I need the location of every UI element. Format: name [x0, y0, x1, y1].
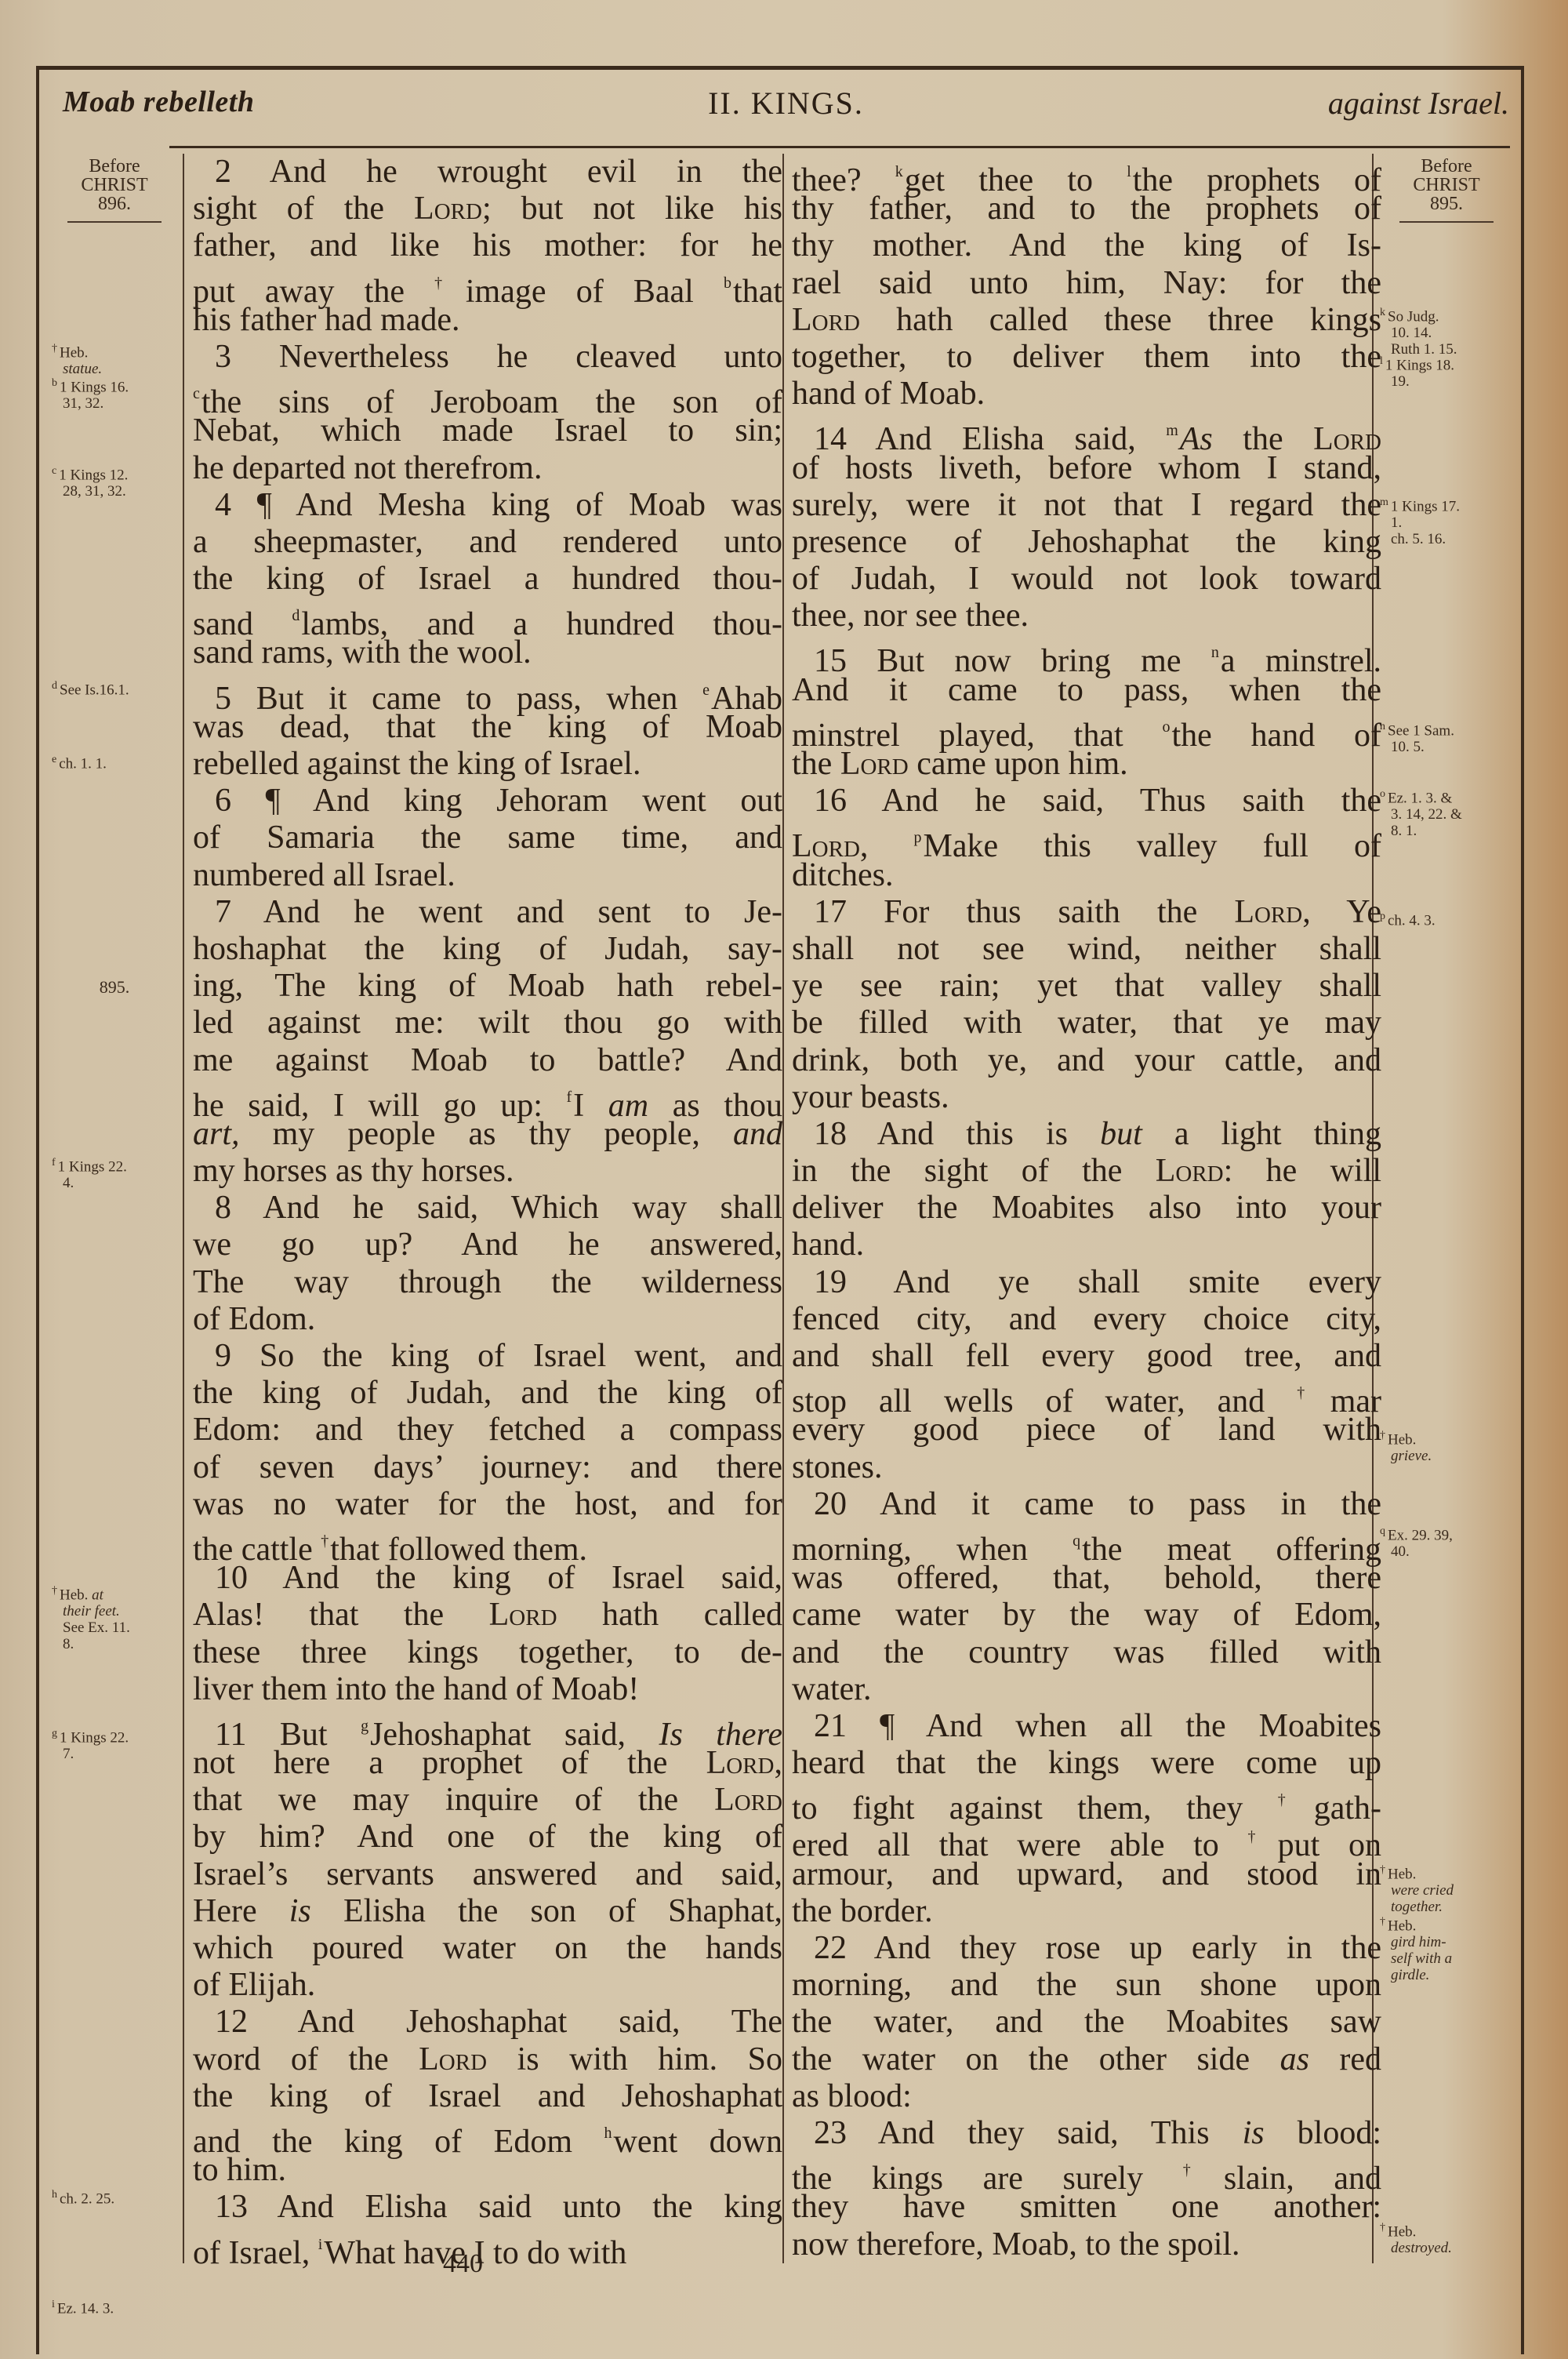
text-line: thy mother. And the king of Is- [792, 227, 1381, 264]
text-line: 18 And this is but a light thing [792, 1116, 1381, 1153]
text-line: minstrel played, that othe hand of [792, 709, 1381, 746]
text-line: a sheepmaster, and rendered unto [193, 524, 782, 561]
note-marker: d [52, 680, 57, 692]
note-line: kSo Judg. [1380, 304, 1513, 325]
reference-marker: f [566, 1089, 572, 1106]
reference-marker: † [1247, 1828, 1276, 1845]
text-line: armour, and upward, and stood in [792, 1856, 1381, 1893]
note-line: their feet. [52, 1603, 177, 1619]
text-line: 2 And he wrought evil in the [193, 154, 782, 191]
text-line: thy father, and to the prophets of [792, 191, 1381, 227]
note-line: f1 Kings 22. [52, 1154, 177, 1175]
left-margin-notes: Before CHRIST 896. †Heb.statue.b1 Kings … [52, 157, 177, 2274]
note-marker: h [52, 2189, 57, 2201]
reference-marker: † [1278, 1791, 1312, 1808]
note-line: oEz. 1. 3. & [1380, 786, 1513, 806]
text-line: together, to deliver them into the [792, 339, 1381, 376]
text-line: be filled with water, that ye may [792, 1005, 1381, 1041]
text-line: 13 And Elisha said unto the king [193, 2189, 782, 2226]
text-line: the water, and the Moabites saw [792, 2004, 1381, 2041]
reference-marker: n [1211, 644, 1219, 661]
italic-text: is [289, 1893, 311, 1929]
text-line: your beasts. [792, 1079, 1381, 1116]
text-line: stop all wells of water, and †mar [792, 1375, 1381, 1412]
note-line: 31, 32. [52, 395, 177, 412]
note-line: See Ex. 11. [52, 1619, 177, 1636]
text-line: Lord, pMake this valley full of [792, 820, 1381, 856]
margin-cross-reference: †Heb.were criedtogether. [1380, 1862, 1513, 1915]
margin-cross-reference: hch. 2. 25. [52, 2186, 177, 2207]
text-line: we go up? And he answered, [193, 1227, 782, 1263]
note-marker: e [52, 754, 56, 765]
text-column-left: 2 And he wrought evil in thesight of the… [193, 154, 782, 2263]
reference-marker: l [1127, 163, 1131, 180]
reference-marker: † [434, 274, 464, 292]
divine-name: Lord [792, 302, 860, 338]
note-line: †Heb. [1380, 1427, 1513, 1448]
reference-marker: † [1297, 1384, 1328, 1401]
reference-marker: h [604, 2125, 612, 2142]
year-marker: 895. [52, 979, 177, 995]
text-line: morning, and the sun shone upon [792, 1967, 1381, 2004]
text-line: 4 ¶ And Mesha king of Moab was [193, 487, 782, 524]
reference-marker: p [913, 829, 921, 846]
note-line: 8. 1. [1380, 823, 1513, 839]
text-line: of Samaria the same time, and [193, 820, 782, 856]
italic-text: self with a [1391, 1950, 1452, 1967]
reference-marker: † [321, 1532, 328, 1550]
text-line: 20 And it came to pass in the [792, 1486, 1381, 1523]
text-line: shall not see wind, neither shall [792, 931, 1381, 968]
note-line: 10. 5. [1380, 739, 1513, 755]
note-line: b1 Kings 16. [52, 375, 177, 395]
note-line: m1 Kings 17. [1380, 494, 1513, 514]
margin-cross-reference: oEz. 1. 3. &3. 14, 22. &8. 1. [1380, 786, 1513, 839]
italic-text: girdle. [1391, 1967, 1429, 1983]
note-line: pch. 4. 3. [1380, 908, 1513, 929]
reference-marker: † [1183, 2161, 1222, 2179]
text-line: every good piece of land with [792, 1412, 1381, 1448]
text-line: the water on the other side as red [792, 2041, 1381, 2078]
text-line: 10 And the king of Israel said, [193, 1560, 782, 1597]
text-line: ered all that were able to †put on [792, 1819, 1381, 1856]
text-line: Here is Elisha the son of Shaphat, [193, 1893, 782, 1930]
text-line: of Edom. [193, 1301, 782, 1338]
text-line: Alas! that the Lord hath called [193, 1597, 782, 1634]
note-marker: c [52, 465, 56, 477]
reference-marker: e [702, 682, 710, 699]
text-column-right: thee? kget thee to lthe prophets ofthy f… [792, 154, 1381, 2263]
text-line: deliver the Moabites also into your [792, 1190, 1381, 1227]
note-line: hch. 2. 25. [52, 2186, 177, 2207]
text-line: the cattle †that followed them. [193, 1523, 782, 1560]
divine-name: Lord [706, 1745, 775, 1781]
note-line: †Heb. [1380, 1862, 1513, 1882]
text-line: drink, both ye, and your cattle, and [792, 1042, 1381, 1079]
before-christ-date-right: Before CHRIST 895. [1380, 157, 1513, 223]
text-line: 3 Nevertheless he cleaved unto [193, 339, 782, 376]
text-line: 21 ¶ And when all the Moabites [792, 1708, 1381, 1745]
text-line: now therefore, Moab, to the spoil. [792, 2226, 1381, 2263]
text-line: cthe sins of Jeroboam the son of [193, 376, 782, 413]
margin-cross-reference: †Heb.destroyed. [1380, 2219, 1513, 2256]
text-line: fenced city, and every choice city, [792, 1301, 1381, 1338]
divine-name: Lord [1234, 894, 1302, 930]
note-line: ch. 5. 16. [1380, 531, 1513, 547]
italic-text: their feet. [63, 1603, 120, 1619]
note-line: 40. [1380, 1543, 1513, 1560]
note-line: 7. [52, 1746, 177, 1762]
note-line: iEz. 14. 3. [52, 2296, 177, 2317]
note-line: grieve. [1380, 1448, 1513, 1464]
divine-name: Lord [414, 191, 482, 227]
text-line: these three kings together, to de- [193, 1634, 782, 1671]
text-line: 14 And Elisha said, mAs the Lord [792, 413, 1381, 449]
text-line: of Israel, iWhat have I to do with [193, 2226, 782, 2263]
text-line: stones. [792, 1449, 1381, 1486]
text-line: hand. [792, 1227, 1381, 1263]
note-line: were cried [1380, 1882, 1513, 1899]
text-line: ye see rain; yet that valley shall [792, 968, 1381, 1005]
italic-text: art, [193, 1116, 240, 1152]
reference-marker: g [361, 1717, 368, 1735]
text-line: that we may inquire of the Lord [193, 1782, 782, 1819]
note-marker: f [52, 1157, 56, 1169]
christ-label: CHRIST [1380, 176, 1513, 194]
text-line: 23 And they said, This is blood: [792, 2115, 1381, 2152]
note-line: g1 Kings 22. [52, 1725, 177, 1746]
text-line: numbered all Israel. [193, 857, 782, 894]
text-line: and the king of Edom hwent down [193, 2115, 782, 2152]
text-line: water. [792, 1671, 1381, 1708]
note-marker: i [52, 2299, 55, 2310]
reference-marker: d [292, 607, 299, 624]
italic-text: and [733, 1116, 782, 1152]
reference-marker: c [193, 385, 200, 402]
text-line: by him? And one of the king of [193, 1819, 782, 1856]
italic-text: as [1280, 2041, 1309, 2077]
margin-cross-reference: c1 Kings 12.28, 31, 32. [52, 463, 177, 500]
text-line: ing, The king of Moab hath rebel- [193, 968, 782, 1005]
note-line: destroyed. [1380, 2240, 1513, 2256]
text-line: 19 And ye shall smite every [792, 1264, 1381, 1301]
text-line: 9 So the king of Israel went, and [193, 1338, 782, 1375]
page-number: 440 [443, 2249, 483, 2279]
text-line: he said, I will go up: fI am as thou [193, 1079, 782, 1116]
italic-text: at [92, 1587, 103, 1603]
text-line: the king of Judah, and the king of [193, 1375, 782, 1412]
reference-marker: i [318, 2236, 323, 2253]
margin-cross-reference: dSee Is.16.1. [52, 678, 177, 698]
margin-cross-reference: g1 Kings 22.7. [52, 1725, 177, 1762]
text-line: rael said unto him, Nay: for the [792, 265, 1381, 302]
text-line: liver them into the hand of Moab! [193, 1671, 782, 1708]
italic-text: gird him- [1391, 1934, 1446, 1950]
text-line: word of the Lord is with him. So [193, 2041, 782, 2078]
note-line: c1 Kings 12. [52, 463, 177, 483]
year-label: 896. [52, 194, 177, 213]
center-column-divider [782, 154, 784, 2263]
text-line: of Judah, I would not look toward [792, 561, 1381, 598]
text-line: Nebat, which made Israel to sin; [193, 413, 782, 449]
margin-cross-reference: m1 Kings 17.1.ch. 5. 16. [1380, 494, 1513, 547]
text-line: And it came to pass, when the [792, 672, 1381, 709]
text-line: was offered, that, behold, there [792, 1560, 1381, 1597]
note-marker: † [52, 343, 57, 354]
text-line: 15 But now bring me na minstrel. [792, 634, 1381, 671]
margin-cross-reference: nSee 1 Sam.10. 5. [1380, 718, 1513, 755]
text-line: of hosts liveth, before whom I stand, [792, 450, 1381, 487]
text-line: in the sight of the Lord: he will [792, 1153, 1381, 1190]
note-line: †Heb. [1380, 1914, 1513, 1934]
note-marker: † [52, 1585, 57, 1597]
reference-marker: k [895, 163, 903, 180]
italic-text: grieve. [1391, 1448, 1432, 1464]
margin-cross-reference: b1 Kings 16.31, 32. [52, 375, 177, 412]
before-label: Before [52, 157, 177, 176]
text-line: the king of Israel and Jehoshaphat [193, 2078, 782, 2115]
text-line: Lord hath called these three kings [792, 302, 1381, 339]
text-line: which poured water on the hands [193, 1930, 782, 1967]
text-line: 8 And he said, Which way shall [193, 1190, 782, 1227]
text-line: of seven days’ journey: and there [193, 1449, 782, 1486]
text-line: thee? kget thee to lthe prophets of [792, 154, 1381, 191]
date-rule [67, 221, 162, 223]
note-line: l1 Kings 18. [1380, 353, 1513, 373]
text-line: Edom: and they fetched a compass [193, 1412, 782, 1448]
text-line: father, and like his mother: for he [193, 227, 782, 264]
note-line: gird him- [1380, 1934, 1513, 1950]
text-line: 16 And he said, Thus saith the [792, 783, 1381, 820]
text-line: and the country was filled with [792, 1634, 1381, 1671]
note-line: †Heb. [1380, 2219, 1513, 2240]
text-line: the king of Israel a hundred thou- [193, 561, 782, 598]
text-line: 7 And he went and sent to Je- [193, 894, 782, 931]
text-line: to fight against them, they †gath- [792, 1782, 1381, 1819]
text-line: art, my people as thy people, and [193, 1116, 782, 1153]
header-rule [169, 146, 1510, 148]
text-line: came water by the way of Edom, [792, 1597, 1381, 1634]
text-line: 6 ¶ And king Jehoram went out [193, 783, 782, 820]
margin-cross-reference: l1 Kings 18.19. [1380, 353, 1513, 390]
reference-marker: b [724, 274, 731, 292]
text-line: thee, nor see thee. [792, 598, 1381, 634]
note-line: 1. [1380, 514, 1513, 531]
text-line: 22 And they rose up early in the [792, 1930, 1381, 1967]
note-line: qEx. 29. 39, [1380, 1523, 1513, 1543]
note-line: girdle. [1380, 1967, 1513, 1983]
note-line: 3. 14, 22. & [1380, 806, 1513, 823]
note-line: 8. [52, 1636, 177, 1652]
text-line: as blood: [792, 2078, 1381, 2115]
note-line: 19. [1380, 373, 1513, 390]
text-line: the border. [792, 1893, 1381, 1930]
text-line: sand dlambs, and a hundred thou- [193, 598, 782, 634]
text-line: hand of Moab. [792, 376, 1381, 413]
italic-text: destroyed. [1391, 2240, 1452, 2256]
text-line: me against Moab to battle? And [193, 1042, 782, 1079]
text-line: my horses as thy horses. [193, 1153, 782, 1190]
text-line: the kings are surely †slain, and [792, 2152, 1381, 2189]
text-line: was dead, that the king of Moab [193, 709, 782, 746]
text-line: put away the †image of Baal bthat [193, 265, 782, 302]
note-line: nSee 1 Sam. [1380, 718, 1513, 739]
text-line: he departed not therefrom. [193, 450, 782, 487]
running-header: Moab rebelleth II. KINGS. against Israel… [63, 85, 1509, 132]
text-line: 5 But it came to pass, when eAhab [193, 672, 782, 709]
note-line: ech. 1. 1. [52, 751, 177, 772]
text-line: heard that the kings were come up [792, 1745, 1381, 1782]
text-line: not here a prophet of the Lord, [193, 1745, 782, 1782]
italic-text: were cried [1391, 1882, 1454, 1899]
note-line: dSee Is.16.1. [52, 678, 177, 698]
text-line: presence of Jehoshaphat the king [792, 524, 1381, 561]
italic-text: but [1100, 1116, 1142, 1152]
text-line: 17 For thus saith the Lord, Ye [792, 894, 1381, 931]
text-line: rebelled against the king of Israel. [193, 746, 782, 783]
left-margin-divider [183, 154, 184, 2263]
before-label: Before [1380, 157, 1513, 176]
margin-cross-reference: †Heb. attheir feet.See Ex. 11.8. [52, 1583, 177, 1652]
text-line: sight of the Lord; but not like his [193, 191, 782, 227]
text-line: and shall fell every good tree, and [792, 1338, 1381, 1375]
divine-name: Lord [840, 746, 909, 782]
note-line: 4. [52, 1175, 177, 1191]
margin-cross-reference: †Heb.statue. [52, 340, 177, 377]
text-line: they have smitten one another: [792, 2189, 1381, 2226]
header-right-title: against Israel. [1328, 85, 1509, 122]
margin-cross-reference: iEz. 14. 3. [52, 2296, 177, 2317]
reference-marker: q [1073, 1532, 1080, 1550]
text-line: led against me: wilt thou go with [193, 1005, 782, 1041]
margin-cross-reference: ech. 1. 1. [52, 751, 177, 772]
year-label: 895. [1380, 194, 1513, 213]
note-marker: g [52, 1728, 57, 1739]
margin-cross-reference: †Heb.gird him-self with agirdle. [1380, 1914, 1513, 1983]
note-line: †Heb. [52, 340, 177, 361]
text-line: of Elijah. [193, 1967, 782, 2004]
margin-cross-reference: †Heb.grieve. [1380, 1427, 1513, 1464]
divine-name: Lord [419, 2041, 487, 2077]
note-line: self with a [1380, 1950, 1513, 1967]
margin-cross-reference: qEx. 29. 39,40. [1380, 1523, 1513, 1560]
text-line: The way through the wilderness [193, 1264, 782, 1301]
book-title: II. KINGS. [63, 85, 1509, 122]
before-christ-date-left: Before CHRIST 896. [52, 157, 177, 223]
note-marker: b [52, 377, 57, 389]
text-line: Israel’s servants answered and said, [193, 1856, 782, 1893]
text-line: was no water for the host, and for [193, 1486, 782, 1523]
text-line: 11 But gJehoshaphat said, Is there [193, 1708, 782, 1745]
margin-cross-reference: f1 Kings 22.4. [52, 1154, 177, 1191]
reference-marker: o [1162, 718, 1170, 736]
reference-marker: m [1166, 422, 1178, 439]
text-line: 12 And Jehoshaphat said, The [193, 2004, 782, 2041]
right-margin-notes: Before CHRIST 895. kSo Judg.10. 14.Ruth … [1380, 157, 1513, 2274]
date-rule [1399, 221, 1494, 223]
note-line: †Heb. at [52, 1583, 177, 1603]
divine-name: Lord [714, 1782, 782, 1818]
divine-name: Lord [489, 1597, 557, 1633]
italic-text: is [1243, 2115, 1265, 2151]
text-line: morning, when qthe meat offering [792, 1523, 1381, 1560]
note-line: 10. 14. [1380, 325, 1513, 341]
text-line: hoshaphat the king of Judah, say- [193, 931, 782, 968]
christ-label: CHRIST [52, 176, 177, 194]
divine-name: Lord [1156, 1153, 1224, 1189]
margin-cross-reference: kSo Judg.10. 14.Ruth 1. 15. [1380, 304, 1513, 358]
text-line: surely, were it not that I regard the [792, 487, 1381, 524]
note-line: 28, 31, 32. [52, 483, 177, 500]
margin-cross-reference: pch. 4. 3. [1380, 908, 1513, 929]
